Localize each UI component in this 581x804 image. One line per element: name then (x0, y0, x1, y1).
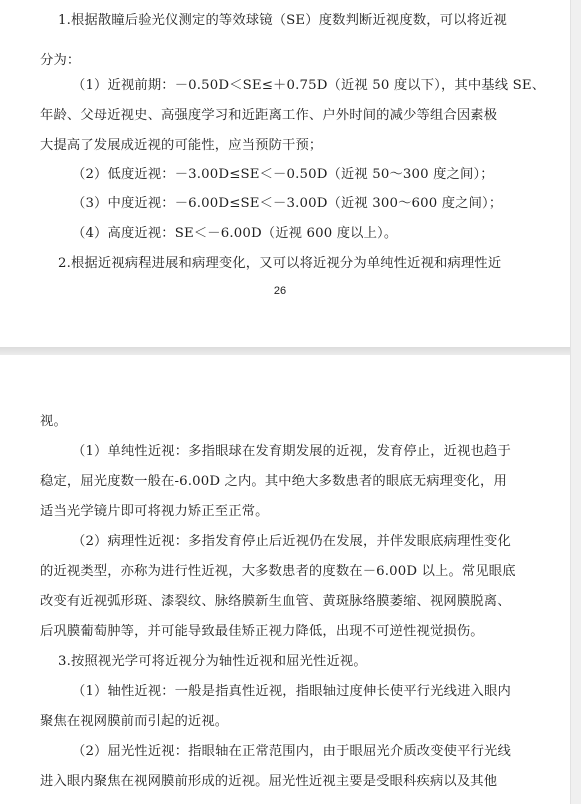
paragraph-line: 稳定，屈光度数一般在-6.00D 之内。其中绝大多数患者的眼底无病理变化，用 (40, 474, 507, 490)
paragraph-line: （1）近视前期：－0.50D＜SE≤＋0.75D（近视 50 度以下），其中基线… (72, 78, 545, 94)
page-26: 1.根据散瞳后验光仪测定的等效球镜（SE）度数判断近视度数，可以将近视 分为： … (0, 0, 570, 347)
paragraph-line: 大提高了发展成近视的可能性，应当预防干预； (40, 138, 322, 154)
paragraph-line: 视。 (40, 414, 67, 430)
paragraph-line: 分为： (40, 53, 80, 69)
page-separator (0, 347, 570, 355)
page-number: 26 (0, 285, 560, 297)
paragraph-line: 改变有近视弧形斑、漆裂纹、脉络膜新生血管、黄斑脉络膜萎缩、视网膜脱离、 (40, 594, 511, 610)
paragraph-line: 1.根据散瞳后验光仪测定的等效球镜（SE）度数判断近视度数，可以将近视 (58, 13, 507, 29)
paragraph-line: （1）单纯性近视：多指眼球在发育期发展的近视，发育停止，近视也趋于 (72, 444, 511, 460)
paragraph-line: （3）中度近视：－6.00D≤SE＜－3.00D（近视 300～600 度之间）… (72, 196, 502, 212)
paragraph-line: 进入眼内聚焦在视网膜前形成的近视。屈光性近视主要是受眼科疾病以及其他 (40, 774, 497, 790)
paragraph-line: 的近视类型，亦称为进行性近视，大多数患者的度数在－6.00D 以上。常见眼底 (40, 564, 516, 580)
paragraph-line: 聚焦在视网膜前而引起的近视。 (40, 714, 228, 730)
paragraph-line: 适当光学镜片即可将视力矫正至正常。 (40, 504, 269, 520)
paragraph-line: 后巩膜葡萄肿等，并可能导致最佳矫正视力降低，出现不可逆性视觉损伤。 (40, 624, 484, 640)
vertical-scrollbar[interactable] (570, 0, 581, 804)
paragraph-line: 年龄、父母近视史、高强度学习和近距离工作、户外时间的减少等组合因素极 (40, 108, 497, 124)
paragraph-line: 3.按照视光学可将近视分为轴性近视和屈光性近视。 (58, 654, 367, 670)
paragraph-line: 2.根据近视病程进展和病理变化，又可以将近视分为单纯性近视和病理性近 (58, 256, 501, 272)
page-27: 视。 （1）单纯性近视：多指眼球在发育期发展的近视，发育停止，近视也趋于 稳定，… (0, 355, 570, 804)
paragraph-line: （2）屈光性近视：指眼轴在正常范围内，由于眼屈光介质改变使平行光线 (72, 744, 511, 760)
paragraph-line: （2）低度近视：－3.00D≤SE＜－0.50D（近视 50～300 度之间）； (72, 167, 494, 183)
paragraph-line: （1）轴性近视：一般是指真性近视，指眼轴过度伸长使平行光线进入眼内 (72, 684, 511, 700)
document-viewer: 1.根据散瞳后验光仪测定的等效球镜（SE）度数判断近视度数，可以将近视 分为： … (0, 0, 570, 804)
paragraph-line: （2）病理性近视：多指发育停止后近视仍在发展，并伴发眼底病理性变化 (72, 534, 511, 550)
paragraph-line: （4）高度近视：SE＜－6.00D（近视 600 度以上）。 (72, 226, 397, 242)
